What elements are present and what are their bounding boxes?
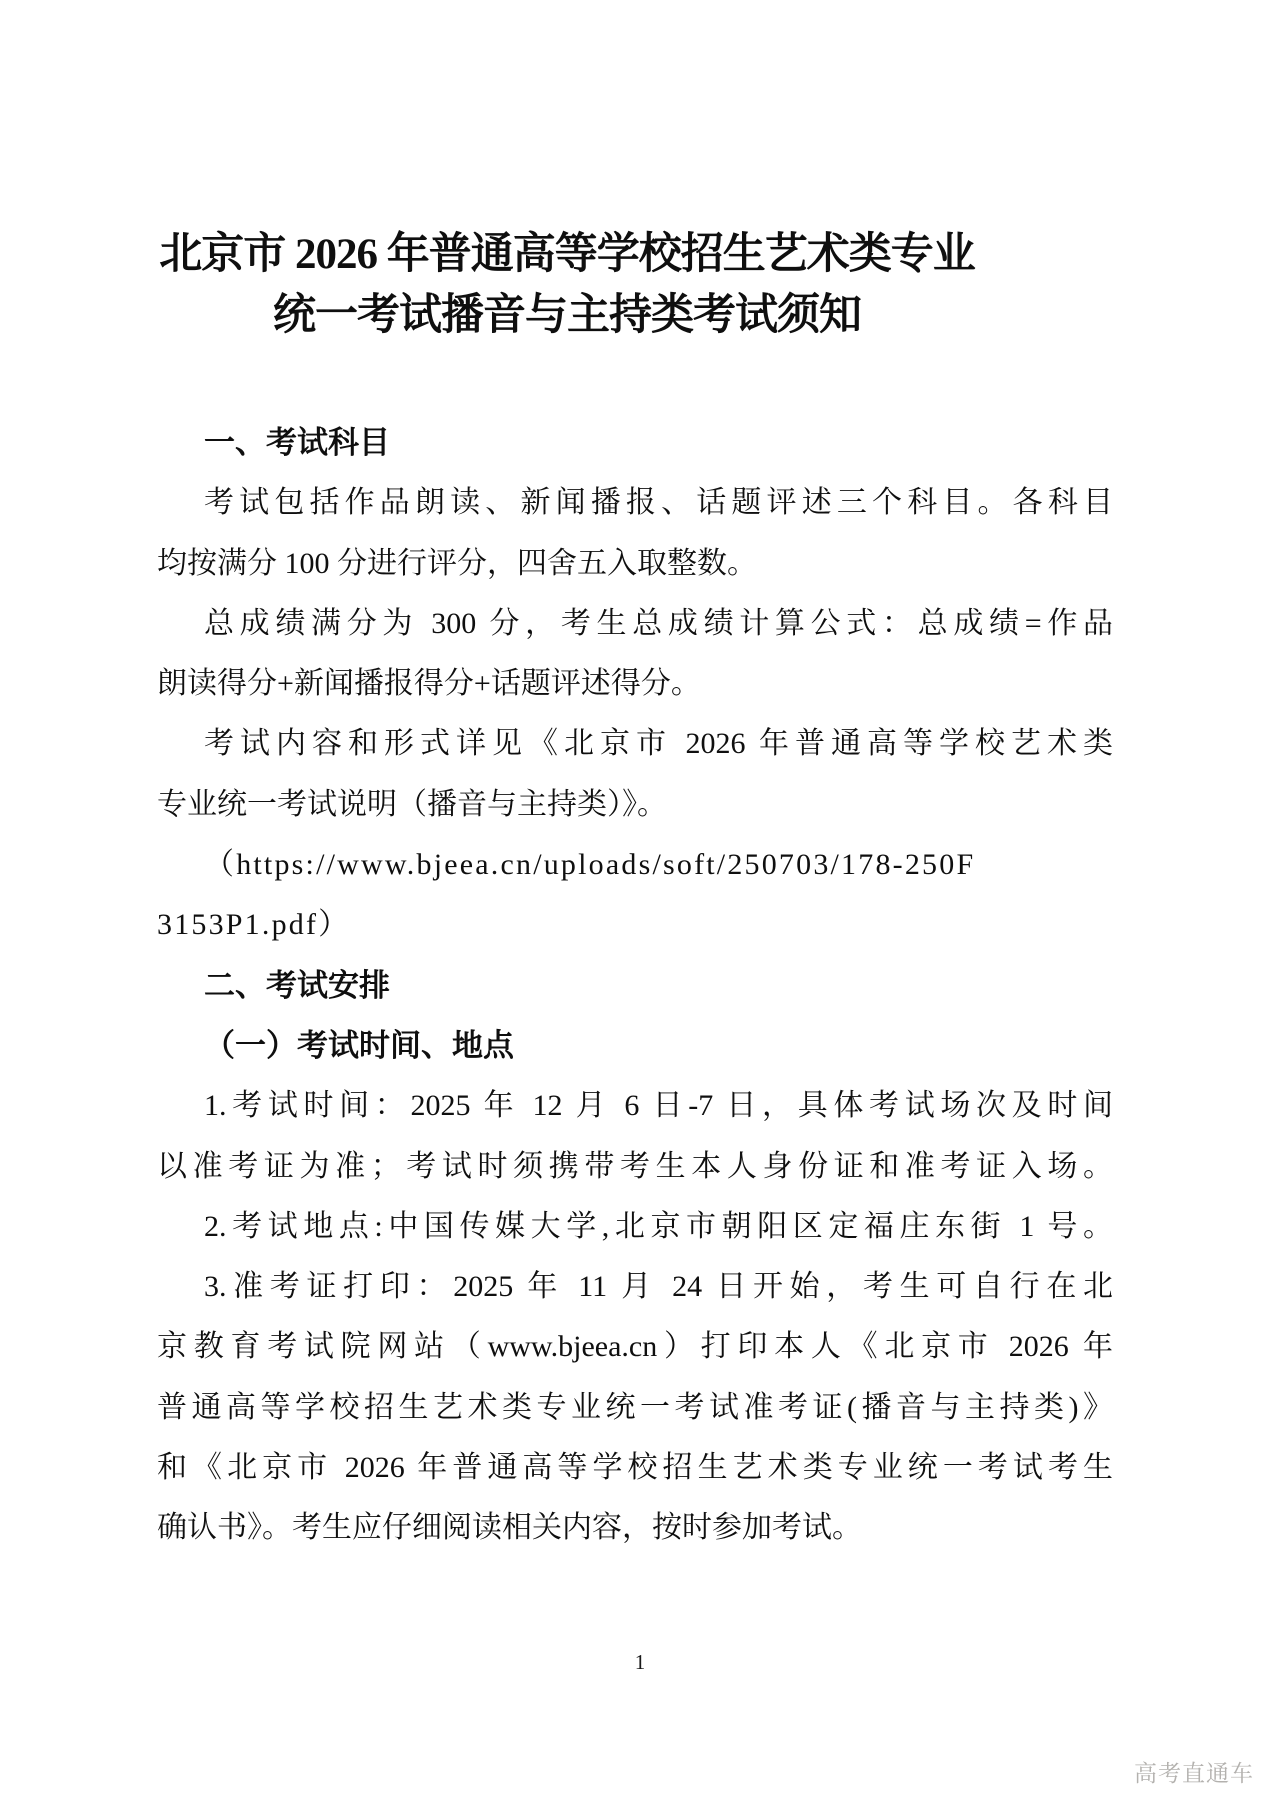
- document-title-line2: 统一考试播音与主持类考试须知: [157, 285, 977, 346]
- paragraph-exam-time: 1.考试时间：2025 年 12 月 6 日-7 日，具体考试场次及时间 以准考…: [157, 1076, 1113, 1197]
- paragraph-exam-description: 考试内容和形式详见《北京市 2026 年普通高等学校艺术类 专业统一考试说明（播…: [157, 714, 1113, 835]
- paragraph-exam-subjects: 考试包括作品朗读、新闻播报、话题评述三个科目。各科目 均按满分 100 分进行评…: [157, 473, 1113, 594]
- body-line: 京教育考试院网站（www.bjeea.cn）打印本人《北京市 2026 年: [157, 1317, 1113, 1377]
- document-page: 北京市 2026 年普通高等学校招生艺术类专业 统一考试播音与主持类考试须知 一…: [0, 0, 1280, 1810]
- body-line: 2.考试地点:中国传媒大学,北京市朝阳区定福庄东街 1 号。: [157, 1197, 1113, 1257]
- body-line: 普通高等学校招生艺术类专业统一考试准考证(播音与主持类)》: [157, 1378, 1113, 1438]
- body-line: 考试包括作品朗读、新闻播报、话题评述三个科目。各科目: [157, 473, 1113, 533]
- subheading-time-place: （一）考试时间、地点: [157, 1016, 1113, 1076]
- watermark-gaokao-zhitongche: 高考直通车: [1134, 1755, 1254, 1788]
- body-line: 总成绩满分为 300 分，考生总成绩计算公式：总成绩=作品: [157, 594, 1113, 654]
- body-line: 确认书》。考生应仔细阅读相关内容，按时参加考试。: [157, 1498, 1113, 1558]
- paragraph-total-score: 总成绩满分为 300 分，考生总成绩计算公式：总成绩=作品 朗读得分+新闻播报得…: [157, 594, 1113, 715]
- document-title: 北京市 2026 年普通高等学校招生艺术类专业 统一考试播音与主持类考试须知: [157, 224, 977, 346]
- body-line: 均按满分 100 分进行评分，四舍五入取整数。: [157, 534, 1113, 594]
- url-line: （https://www.bjeea.cn/uploads/soft/25070…: [157, 835, 1113, 895]
- page-number: 1: [0, 1650, 1280, 1675]
- document-title-line1: 北京市 2026 年普通高等学校招生艺术类专业: [157, 224, 977, 285]
- body-line: 和《北京市 2026 年普通高等学校招生艺术类专业统一考试考生: [157, 1438, 1113, 1498]
- body-line: 以准考证为准；考试时须携带考生本人身份证和准考证入场。: [157, 1137, 1113, 1197]
- body-line: 考试内容和形式详见《北京市 2026 年普通高等学校艺术类: [157, 714, 1113, 774]
- document-body: 一、考试科目 考试包括作品朗读、新闻播报、话题评述三个科目。各科目 均按满分 1…: [157, 413, 1113, 1559]
- heading-exam-arrangement: 二、考试安排: [157, 956, 1113, 1016]
- body-line: 1.考试时间：2025 年 12 月 6 日-7 日，具体考试场次及时间: [157, 1076, 1113, 1136]
- paragraph-exam-place: 2.考试地点:中国传媒大学,北京市朝阳区定福庄东街 1 号。: [157, 1197, 1113, 1257]
- body-line: 3.准考证打印：2025 年 11 月 24 日开始，考生可自行在北: [157, 1257, 1113, 1317]
- body-line: 专业统一考试说明（播音与主持类）》。: [157, 775, 1113, 835]
- body-line: 朗读得分+新闻播报得分+话题评述得分。: [157, 654, 1113, 714]
- paragraph-pdf-url: （https://www.bjeea.cn/uploads/soft/25070…: [157, 835, 1113, 956]
- paragraph-admission-ticket: 3.准考证打印：2025 年 11 月 24 日开始，考生可自行在北 京教育考试…: [157, 1257, 1113, 1558]
- heading-exam-subjects: 一、考试科目: [157, 413, 1113, 473]
- url-line: 3153P1.pdf）: [157, 895, 1113, 955]
